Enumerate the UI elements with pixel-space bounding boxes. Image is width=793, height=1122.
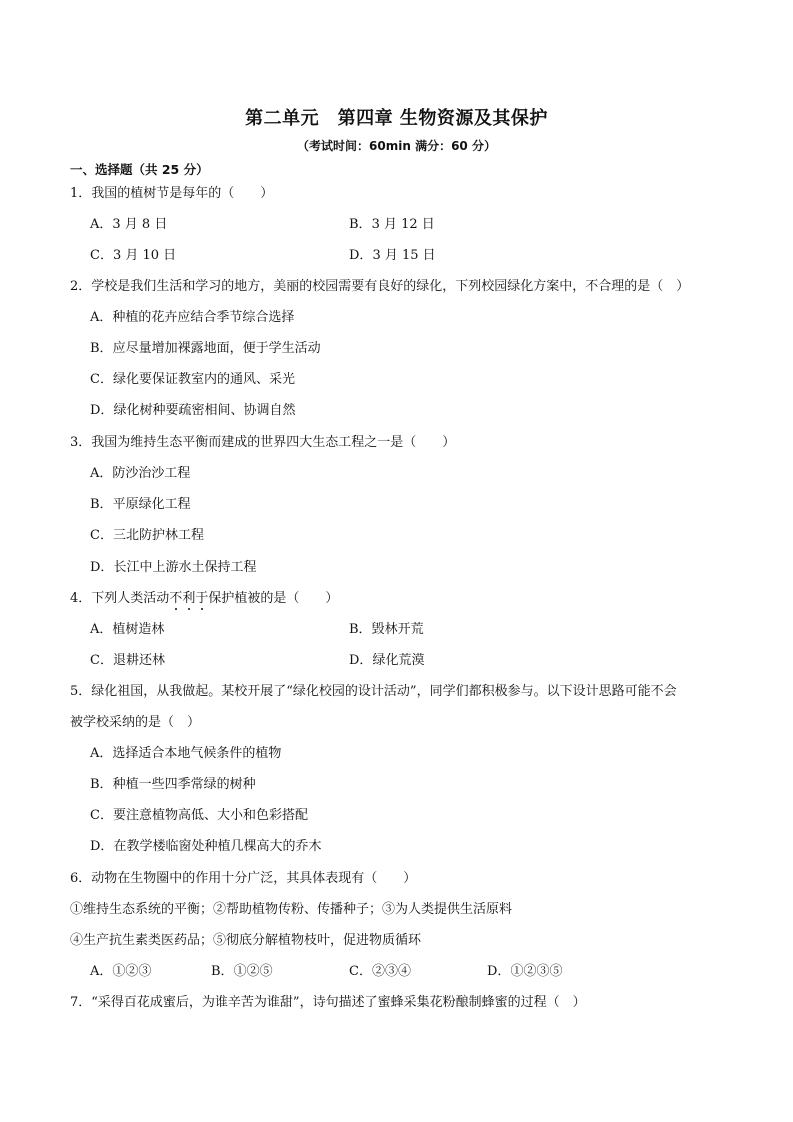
option-text: 选择适合本地气候条件的植物	[112, 746, 281, 761]
option-text: 绿化要保证教室内的通风、采光	[113, 372, 295, 387]
question-2-stem: 2．学校是我们生活和学习的地方，美丽的校园需要有良好的绿化，下列校园绿化方案中，…	[70, 279, 689, 295]
option-label: A．	[90, 466, 112, 481]
question-2-option-b: B．应尽量增加裸露地面，便于学生活动	[90, 341, 321, 357]
question-5-option-b: B．种植一些四季常绿的树种	[90, 777, 256, 793]
question-4-option-d: D．绿化荒漠	[349, 653, 424, 669]
option-text: ②③④	[372, 964, 411, 979]
question-1-option-b: B．3 月 12 日	[349, 217, 435, 233]
question-text: 学校是我们生活和学习的地方，美丽的校园需要有良好的绿化，下列校园绿化方案中，不合…	[91, 279, 689, 294]
question-number: 3．	[70, 435, 91, 450]
option-label: A．	[90, 964, 112, 979]
question-4-option-a: A．植树造林	[90, 622, 164, 638]
option-text: 3 月 12 日	[372, 217, 435, 232]
question-4-option-b: B．毁林开荒	[349, 622, 424, 638]
option-text: 三北防护林工程	[113, 528, 204, 543]
option-text: 植树造林	[112, 622, 164, 637]
question-6-option-c: C．②③④	[349, 964, 411, 980]
option-text: ①②③⑤	[510, 964, 562, 979]
option-label: B．	[90, 341, 113, 356]
option-label: B．	[90, 777, 113, 792]
question-3-option-b: B．平原绿化工程	[90, 497, 191, 513]
option-label: D．	[90, 403, 113, 418]
question-number: 7．	[70, 995, 91, 1010]
option-text: 应尽量增加裸露地面，便于学生活动	[113, 341, 321, 356]
option-label: B．	[90, 497, 113, 512]
question-2-option-d: D．绿化树种要疏密相间、协调自然	[90, 403, 295, 419]
question-6-option-a: A．①②③	[90, 964, 151, 980]
exam-page: 第二单元 第四章 生物资源及其保护 （考试时间：60min 满分：60 分） 一…	[0, 0, 793, 1122]
option-label: D．	[487, 964, 510, 979]
exam-info: （考试时间：60min 满分：60 分）	[0, 137, 793, 154]
option-label: D．	[90, 560, 113, 575]
question-5-stem-line2: 被学校采纳的是（ ）	[70, 715, 200, 731]
question-2-option-c: C．绿化要保证教室内的通风、采光	[90, 372, 295, 388]
option-text: 平原绿化工程	[113, 497, 191, 512]
option-text: 3 月 10 日	[113, 248, 176, 263]
option-label: C．	[90, 808, 113, 823]
option-text: 防沙治沙工程	[112, 466, 190, 481]
option-label: B．	[211, 964, 234, 979]
option-text: 退耕还林	[113, 653, 165, 668]
question-1-stem: 1．我国的植树节是每年的（ ）	[70, 186, 273, 202]
question-6-option-d: D．①②③⑤	[487, 964, 562, 980]
option-text: ①②③	[112, 964, 151, 979]
question-5-option-a: A．选择适合本地气候条件的植物	[90, 746, 281, 762]
option-label: A．	[90, 622, 112, 637]
option-text: 3 月 8 日	[112, 217, 167, 232]
option-text: 要注意植物高低、大小和色彩搭配	[113, 808, 308, 823]
option-label: C．	[90, 372, 113, 387]
option-text: 毁林开荒	[372, 622, 424, 637]
option-label: D．	[349, 248, 372, 263]
option-label: C．	[90, 528, 113, 543]
option-label: C．	[349, 964, 372, 979]
option-label: B．	[349, 622, 372, 637]
question-text: 保护植被的是（ ）	[208, 591, 338, 606]
question-text: 绿化祖国，从我做起。某校开展了“绿化校园的设计活动”，同学们都积极参与。以下设计…	[91, 684, 676, 699]
question-text: 下列人类活动	[91, 591, 169, 606]
question-5-option-c: C．要注意植物高低、大小和色彩搭配	[90, 808, 308, 824]
question-5-option-d: D．在教学楼临窗处种植几棵高大的乔木	[90, 839, 321, 855]
option-text: 种植一些四季常绿的树种	[113, 777, 256, 792]
question-1-option-c: C．3 月 10 日	[90, 248, 176, 264]
option-text: 绿化荒漠	[372, 653, 424, 668]
question-2-option-a: A．种植的花卉应结合季节综合选择	[90, 310, 294, 326]
option-label: B．	[349, 217, 372, 232]
question-number: 6．	[70, 871, 91, 886]
option-text: ①②⑤	[234, 964, 273, 979]
question-text: 动物在生物圈中的作用十分广泛，其具体表现有（ ）	[91, 871, 416, 886]
question-3-option-d: D．长江中上游水土保持工程	[90, 560, 256, 576]
option-label: D．	[349, 653, 372, 668]
question-number: 5．	[70, 684, 91, 699]
question-number: 1．	[70, 186, 91, 201]
option-label: C．	[90, 653, 113, 668]
option-label: A．	[90, 217, 112, 232]
section-heading: 一、选择题（共 25 分）	[70, 160, 209, 178]
question-6-statement-2: ④生产抗生素类医药品；⑤彻底分解植物枝叶，促进物质循环	[70, 933, 421, 949]
question-text: “采得百花成蜜后，为谁辛苦为谁甜”，诗句描述了蜜蜂采集花粉酿制蜂蜜的过程（ ）	[91, 995, 585, 1010]
page-title: 第二单元 第四章 生物资源及其保护	[0, 104, 793, 130]
option-text: 3 月 15 日	[372, 248, 435, 263]
option-text: 在教学楼临窗处种植几棵高大的乔木	[113, 839, 321, 854]
question-6-stem: 6．动物在生物圈中的作用十分广泛，其具体表现有（ ）	[70, 871, 416, 887]
question-7-stem: 7．“采得百花成蜜后，为谁辛苦为谁甜”，诗句描述了蜜蜂采集花粉酿制蜂蜜的过程（ …	[70, 995, 586, 1011]
question-6-option-b: B．①②⑤	[211, 964, 273, 980]
question-text: 我国为维持生态平衡而建成的世界四大生态工程之一是（ ）	[91, 435, 455, 450]
option-label: A．	[90, 746, 112, 761]
option-label: C．	[90, 248, 113, 263]
option-text: 绿化树种要疏密相间、协调自然	[113, 403, 295, 418]
question-number: 2．	[70, 279, 91, 294]
emphasis-char: 于	[195, 591, 208, 606]
question-text: 我国的植树节是每年的（ ）	[91, 186, 273, 201]
emphasis-char: 利	[182, 591, 195, 606]
question-1-option-d: D．3 月 15 日	[349, 248, 436, 264]
option-text: 长江中上游水土保持工程	[113, 560, 256, 575]
option-text: 种植的花卉应结合季节综合选择	[112, 310, 294, 325]
question-3-stem: 3．我国为维持生态平衡而建成的世界四大生态工程之一是（ ）	[70, 435, 455, 451]
question-3-option-a: A．防沙治沙工程	[90, 466, 190, 482]
question-3-option-c: C．三北防护林工程	[90, 528, 204, 544]
option-label: D．	[90, 839, 113, 854]
question-6-statement-1: ①维持生态系统的平衡；②帮助植物传粉、传播种子；③为人类提供生活原料	[70, 902, 512, 918]
question-number: 4．	[70, 591, 91, 606]
question-4-option-c: C．退耕还林	[90, 653, 165, 669]
question-5-stem-line1: 5．绿化祖国，从我做起。某校开展了“绿化校园的设计活动”，同学们都积极参与。以下…	[70, 684, 677, 700]
option-label: A．	[90, 310, 112, 325]
question-1-option-a: A．3 月 8 日	[90, 217, 167, 233]
emphasis-char: 不	[169, 591, 182, 606]
question-4-stem: 4．下列人类活动不利于保护植被的是（ ）	[70, 591, 338, 607]
